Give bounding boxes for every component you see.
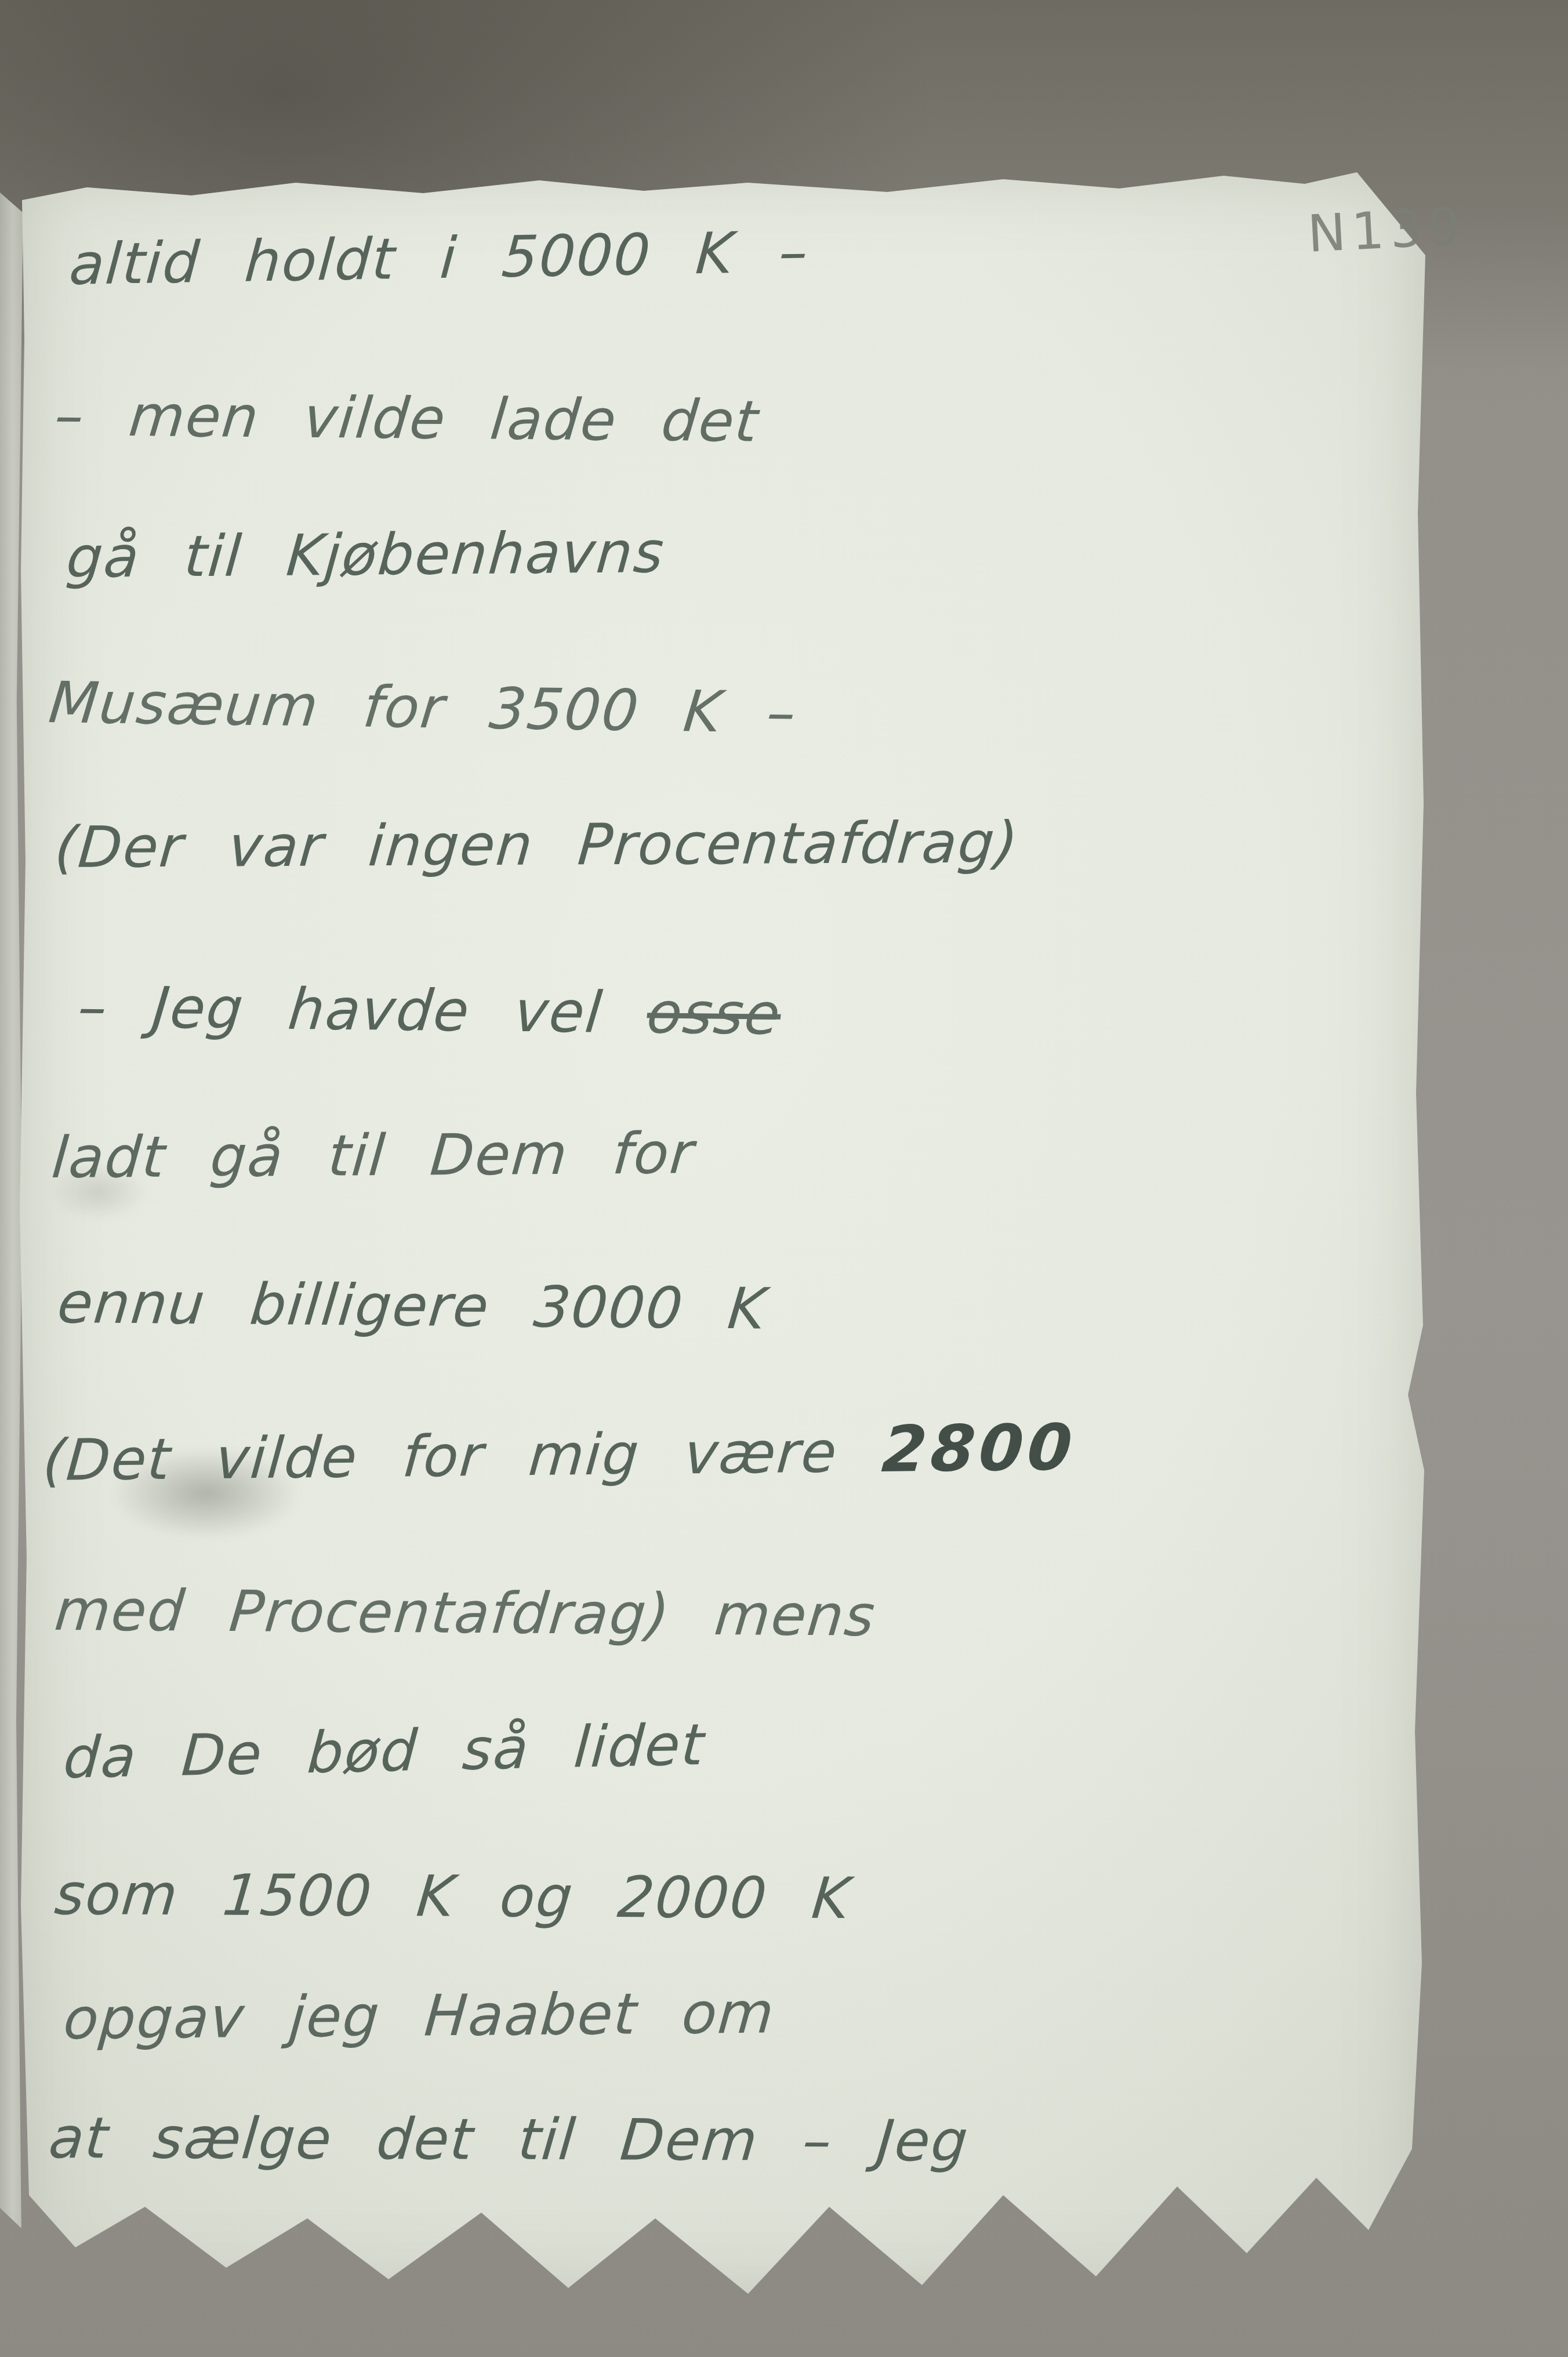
line-text: ladt gå til Dem for [49, 1121, 697, 1191]
line-text: ennu billigere 3000 K [55, 1270, 770, 1343]
manuscript-line: (Der var ingen Procentafdrag) [52, 810, 1021, 881]
line-text: (Det vilde for mig være [41, 1419, 885, 1494]
line-text: (Der var ingen Procentafdrag) [52, 810, 1021, 881]
line-text: gå til Kjøbenhavns [64, 520, 667, 591]
manuscript-line: som 1500 K og 2000 K [52, 1862, 854, 1932]
archive-number-label: N139 [1306, 196, 1468, 264]
struck-out-word: osse [644, 980, 785, 1047]
manuscript-line: Musæum for 3500 K – [46, 670, 800, 746]
manuscript-line: (Det vilde for mig være 2800 [41, 1410, 1079, 1495]
line-text: med Procentafdrag) mens [52, 1578, 879, 1649]
manuscript-line: med Procentafdrag) mens [52, 1578, 879, 1649]
line-text: at sælge det til Dem – Jeg [46, 2105, 971, 2174]
manuscript-line: at sælge det til Dem – Jeg [46, 2105, 971, 2174]
manuscript-line: da De bød så lidet [61, 1712, 707, 1792]
line-text: altid holdt i 5000 K – [67, 219, 811, 298]
line-text: – Jeg havde vel [75, 974, 650, 1046]
line-text: – men vilde lade det [52, 383, 762, 455]
manuscript-line: ladt gå til Dem for [49, 1121, 697, 1191]
line-text: da De bød så lidet [61, 1712, 707, 1792]
line-text: som 1500 K og 2000 K [52, 1862, 854, 1932]
manuscript-line: gå til Kjøbenhavns [64, 520, 667, 591]
manuscript-paper [17, 165, 1427, 2300]
manuscript-line: altid holdt i 5000 K – [67, 219, 811, 298]
line-text: Musæum for 3500 K – [46, 670, 800, 746]
manuscript-line: ennu billigere 3000 K [55, 1270, 770, 1343]
line-text: opgav jeg Haabet om [61, 1980, 778, 2053]
emphasized-number: 2800 [880, 1410, 1079, 1486]
manuscript-line: opgav jeg Haabet om [61, 1980, 778, 2053]
manuscript-line: – men vilde lade det [52, 383, 762, 455]
manuscript-line: – Jeg havde vel osse [75, 974, 784, 1048]
